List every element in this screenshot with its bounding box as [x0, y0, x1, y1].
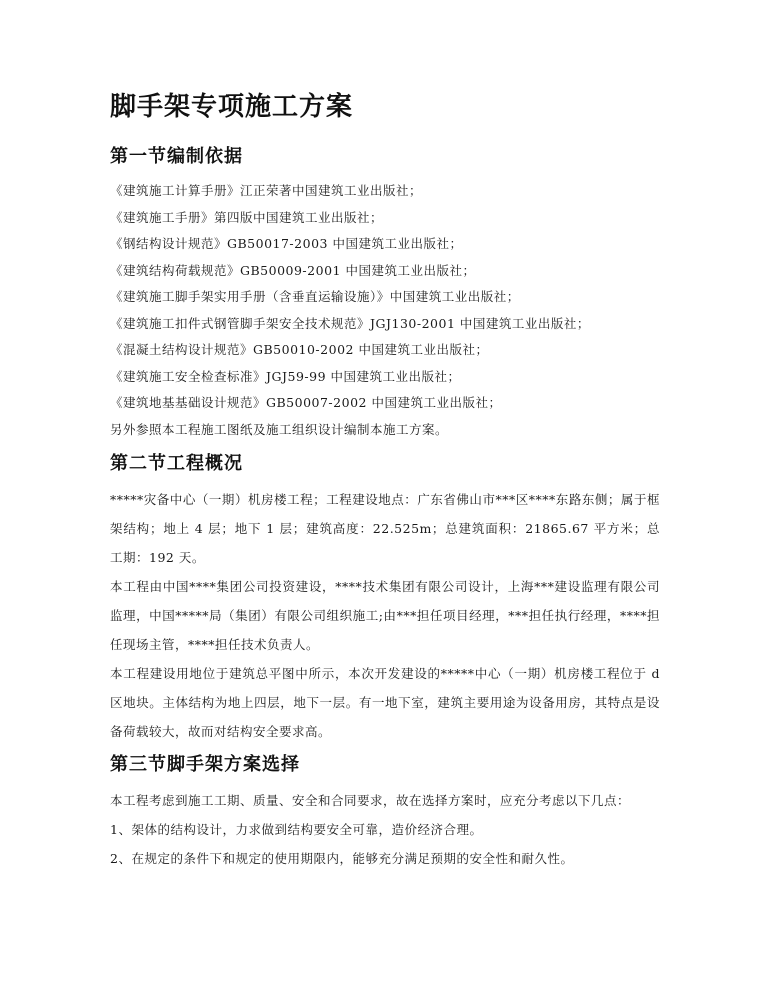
- paragraph: 本工程考虑到施工工期、质量、安全和合同要求，故在选择方案时，应充分考虑以下几点：: [110, 786, 660, 815]
- section-heading: 第二节工程概况: [110, 449, 660, 479]
- reference-item: 《建筑施工手册》第四版中国建筑工业出版社；: [110, 205, 660, 232]
- reference-item: 《钢结构设计规范》GB50017-2003 中国建筑工业出版社；: [110, 231, 660, 258]
- document-page: 脚手架专项施工方案 第一节编制依据 《建筑施工计算手册》江正荣著中国建筑工业出版…: [110, 88, 660, 873]
- reference-note: 另外参照本工程施工图纸及施工组织设计编制本施工方案。: [110, 417, 660, 444]
- section-scaffold-scheme-selection: 第三节脚手架方案选择 本工程考虑到施工工期、质量、安全和合同要求，故在选择方案时…: [110, 750, 660, 873]
- section-heading: 第三节脚手架方案选择: [110, 750, 660, 780]
- list-item: 1、架体的结构设计，力求做到结构要安全可靠，造价经济合理。: [110, 815, 660, 844]
- document-title: 脚手架专项施工方案: [110, 88, 660, 126]
- reference-list: 《建筑施工计算手册》江正荣著中国建筑工业出版社； 《建筑施工手册》第四版中国建筑…: [110, 178, 660, 443]
- reference-item: 《建筑施工计算手册》江正荣著中国建筑工业出版社；: [110, 178, 660, 205]
- reference-item: 《建筑施工扣件式钢管脚手架安全技术规范》JGJ130-2001 中国建筑工业出版…: [110, 311, 660, 338]
- list-item: 2、在规定的条件下和规定的使用期限内，能够充分满足预期的安全性和耐久性。: [110, 844, 660, 873]
- reference-item: 《建筑施工脚手架实用手册（含垂直运输设施）》中国建筑工业出版社；: [110, 284, 660, 311]
- paragraph: 本工程由中国****集团公司投资建设，****技术集团有限公司设计，上海***建…: [110, 572, 660, 659]
- paragraph: *****灾备中心（一期）机房楼工程；工程建设地点：广东省佛山市***区****…: [110, 485, 660, 572]
- section-project-overview: 第二节工程概况 *****灾备中心（一期）机房楼工程；工程建设地点：广东省佛山市…: [110, 449, 660, 746]
- section-heading: 第一节编制依据: [110, 142, 660, 172]
- reference-item: 《混凝土结构设计规范》GB50010-2002 中国建筑工业出版社；: [110, 337, 660, 364]
- reference-item: 《建筑施工安全检查标准》JGJ59-99 中国建筑工业出版社；: [110, 364, 660, 391]
- section-compilation-basis: 第一节编制依据 《建筑施工计算手册》江正荣著中国建筑工业出版社； 《建筑施工手册…: [110, 142, 660, 443]
- reference-item: 《建筑地基基础设计规范》GB50007-2002 中国建筑工业出版社；: [110, 390, 660, 417]
- reference-item: 《建筑结构荷载规范》GB50009-2001 中国建筑工业出版社；: [110, 258, 660, 285]
- paragraph: 本工程建设用地位于建筑总平图中所示，本次开发建设的*****中心（一期）机房楼工…: [110, 659, 660, 746]
